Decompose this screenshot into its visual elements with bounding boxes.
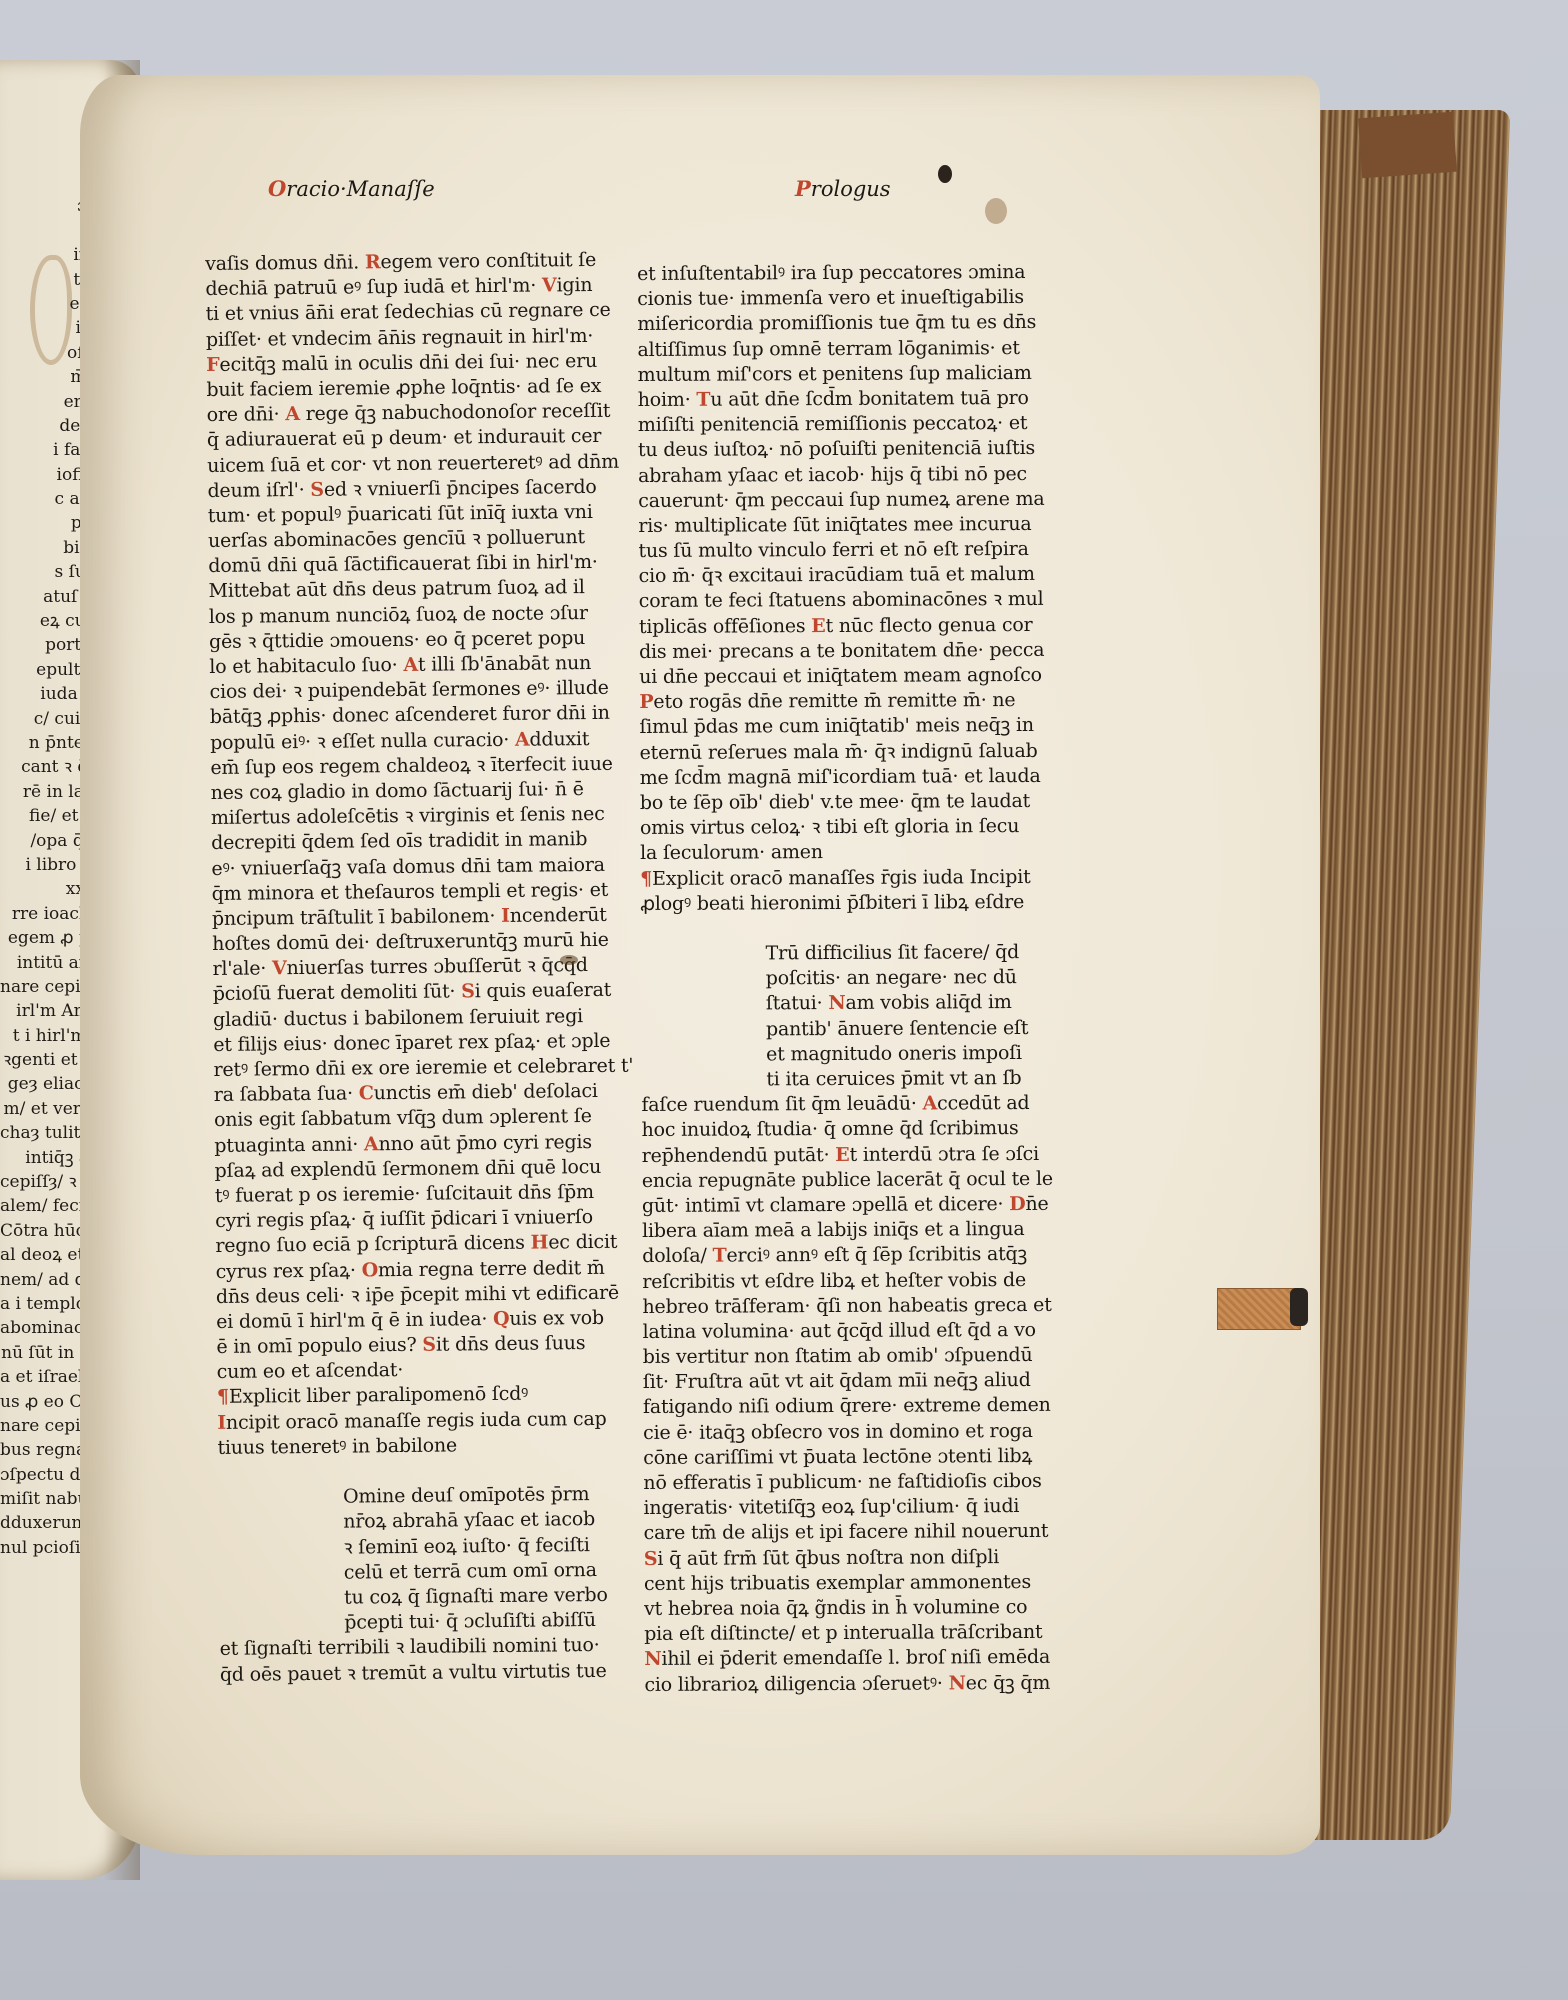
text-line: pſaꝝ ad explendū ſermonem dn̄i quē locu <box>214 1155 569 1184</box>
text-line: deum iſrl'· Sed ꝛ vniuerſi p̄ncipes ſace… <box>207 475 562 504</box>
foxing-spot <box>985 198 1007 224</box>
rubricated-initial: S <box>644 1547 658 1569</box>
text-line: gūt· intimī vt clamare ɔpellā et dicere·… <box>642 1192 1047 1219</box>
text-line: nr̄oꝝ abrahā yſaac et iacob <box>218 1508 573 1537</box>
text-line: ingeratis· vitetiſq̄ꝫ eoꝝ ſup'cilium· q̄… <box>643 1494 1048 1521</box>
text-line: hoim· Tu aūt dn̄e ſcd̄m bonitatem tuā pr… <box>638 386 1043 413</box>
text-line: et magnitudo oneris impoſi <box>641 1041 1046 1068</box>
running-head-right-initial: P <box>795 176 811 201</box>
text-line: et inſuſtentabilꝰ ira ſup peccatores ɔmi… <box>637 260 1042 287</box>
text-line: pia eſt diſtincte/ et p interualla trāſc… <box>644 1620 1049 1647</box>
text-line: ris· multiplicate ſūt iniq̄tates mee inc… <box>638 512 1043 539</box>
text-line: ꝛ ſeminī eoꝝ iuſto· q̄ feciſti <box>218 1533 573 1562</box>
text-line: ſit· Fruſtra aūt vt ait q̄dam mīi neq̄ꝫ … <box>643 1368 1048 1395</box>
text-line: Trū difficilius ſit facere/ q̄d <box>641 940 1046 967</box>
text-line: tiplicās offēſiones Et nūc flecto genua … <box>639 612 1044 639</box>
text-line: ra ſabbata ſua· Cunctis em̄ dieb' deſola… <box>214 1079 569 1108</box>
text-line: uerſas abominacōes gencīū ꝛ polluerunt <box>208 525 563 554</box>
text-line: Fecitq̄ꝫ malū in oculis dn̄i dei ſui· ne… <box>206 349 561 378</box>
text-line: bātq̄ꝫ ꝓphis· donec aſcenderet furor dn̄… <box>210 702 565 731</box>
text-line: em̄ ſup eos regem chaldeoꝝ ꝛ īterfecit i… <box>210 752 565 781</box>
text-line: tum· et populꝰ p̄uaricati ſūt inīq̄ iuxt… <box>208 500 563 529</box>
text-line: hebreo trāſferam· q̄ſi non habeatis grec… <box>642 1293 1047 1320</box>
text-line: latina volumina· aut q̄cq̄d illud eſt q̄… <box>643 1318 1048 1345</box>
rubricated-initial: N <box>949 1672 966 1694</box>
rubricated-initial: P <box>639 691 653 713</box>
text-line: cios dei· ꝛ puipendebāt ſermones eꝰ· ill… <box>209 676 564 705</box>
rubricated-initial: H <box>530 1232 548 1254</box>
text-line: ui dn̄e peccaui et iniq̄tatem meam agnoſ… <box>639 663 1044 690</box>
text-line: ti et vnius ān̄i erat ſedechias cū regna… <box>206 299 561 328</box>
text-line: ei domū ī hirl'm q̄ ē in iudea· Quis ex … <box>216 1306 571 1335</box>
text-line: tu deus iuſtoꝝ· nō poſuiſti penitenciā i… <box>638 436 1043 463</box>
text-line <box>640 915 1045 942</box>
rubricated-initial: E <box>835 1143 849 1165</box>
rubricated-initial: A <box>285 403 300 425</box>
text-line: cōne cariſſimi vt p̄uata lectōne ɔtenti … <box>643 1444 1048 1471</box>
running-head-left: Oracio·Manaſſe <box>268 176 435 201</box>
text-line: tus ſū multo vinculo ferri et nō eſt reſ… <box>638 537 1043 564</box>
text-line: dn̄s deus celi· ꝛ ip̄e p̄cepit mihi vt e… <box>216 1281 571 1310</box>
slip-knot <box>1290 1288 1308 1326</box>
rubricated-initial: T <box>712 1245 726 1267</box>
text-line: retꝰ ſermo dn̄i ex ore ieremie et celebr… <box>213 1054 568 1083</box>
text-line: Omine deuſ omīpotēs p̄rm <box>218 1482 573 1511</box>
text-line: cionis tue· immenſa vero et inueſtigabil… <box>637 285 1042 312</box>
rubricated-initial: F <box>206 354 220 376</box>
rubricated-initial: S <box>422 1334 436 1356</box>
foxing-spot <box>560 955 578 965</box>
text-line: eꝰ· vniuerſaq̄ꝫ vaſa domus dn̄i tam maio… <box>211 853 566 882</box>
text-line: ore dn̄i· A rege q̄ꝫ nabuchodonoſor rece… <box>207 399 562 428</box>
text-line: cie ē· itaq̄ꝫ obſecro vos in domino et r… <box>643 1418 1048 1445</box>
text-line: pantib' ānuere ſentencie eſt <box>641 1015 1046 1042</box>
ink-spot <box>938 165 952 183</box>
text-line: q̄m minora et theſauros templi et regis·… <box>212 878 567 907</box>
text-line: la ſeculorum· amen <box>640 839 1045 866</box>
rubricated-initial: V <box>542 275 557 297</box>
binding-cover-corner <box>1358 112 1457 178</box>
text-line: Incipit oracō manaſſe regis iuda cum cap <box>217 1407 572 1436</box>
text-line: Nihil ei p̄derit emendaſſe l. broſ niſi … <box>644 1645 1049 1672</box>
text-line: bis vertitur non ſtatim ab omib' ɔſpuend… <box>643 1343 1048 1370</box>
rubricated-initial: Q <box>493 1308 510 1330</box>
text-line: onis egit ſabbatum vſq̄ꝫ dum ɔplerent ſe <box>214 1105 569 1134</box>
text-line: miſiſti penitenciā remiſſionis peccatoꝝ·… <box>638 411 1043 438</box>
text-line: ſtatui· Nam vobis aliq̄d im <box>641 990 1046 1017</box>
text-line: cent hijs tribuatis exemplar ammonentes <box>644 1570 1049 1597</box>
text-line: miſericordia promiſſionis tue q̄m tu es … <box>637 310 1042 337</box>
rubricated-initial: I <box>217 1411 226 1433</box>
text-line: gēs ꝛ q̄ttidie ɔmouens· eo q̄ pceret pop… <box>209 626 564 655</box>
text-line: rep̄hendendū putāt· Et interdū ɔtra ſe ɔ… <box>642 1141 1047 1168</box>
text-line: q̄d oēs pauet ꝛ tremūt a vultu virtutis … <box>220 1659 575 1688</box>
rubricated-initial: A <box>922 1093 937 1115</box>
text-line: et filijs eius· donec īparet rex pſaꝝ· e… <box>213 1029 568 1058</box>
rubricated-initial: A <box>403 654 418 676</box>
text-line: miſertus adoleſcētis ꝛ virginis et ſenis… <box>211 802 566 831</box>
text-line: rl'ale· Vniuerſas turres ɔbuſſerūt ꝛ q̄c… <box>212 953 567 982</box>
text-line: lo et habitaculo ſuo· At illi ſb'ānabāt … <box>209 651 564 680</box>
text-line: ti ita ceruices p̄mit vt an ſb <box>641 1066 1046 1093</box>
running-head-right: Prologus <box>795 176 891 201</box>
rubricated-initial: T <box>696 389 710 411</box>
text-line: libera aīam meā a labijs iniq̄s et a lin… <box>642 1217 1047 1244</box>
text-line: bo te ſēp oīb' dieb' v.te mee· q̄m te la… <box>640 789 1045 816</box>
text-line: p̄cepti tui· q̄ ɔcluſiſti abiſſū <box>219 1608 574 1637</box>
text-line: faſce ruendum ſit q̄m leuādū· Accedūt ad <box>641 1091 1046 1118</box>
text-line: Peto rogās dn̄e remitte m̄ remitte m̄· n… <box>639 688 1044 715</box>
rubricated-initial: N <box>644 1648 661 1670</box>
text-line: ptuaginta anni· Anno aūt p̄mo cyri regis <box>214 1130 569 1159</box>
text-line: gladiū· ductus i babilonem ſeruiuit regi <box>213 1004 568 1033</box>
text-line: cauerunt· q̄m peccaui ſup numeꝝ arene ma <box>638 487 1043 514</box>
text-line: p̄ncipum trāſtulit ī babilonem· Incender… <box>212 903 567 932</box>
text-line: hoſtes domū dei· deſtruxeruntq̄ꝫ murū hi… <box>212 928 567 957</box>
running-head-right-text: rologus <box>811 177 891 201</box>
text-line <box>218 1457 573 1486</box>
text-line: reſcribitis vt eſdre libꝝ et heſter vobi… <box>642 1267 1047 1294</box>
text-line: cio librarioꝝ diligencia ɔſeruetꝰ· Nec q… <box>644 1670 1049 1697</box>
text-column-left: vaſis domus dn̄i. Regem vero conſtituit … <box>205 248 575 1687</box>
rubricated-initial: N <box>828 992 845 1014</box>
rubricated-initial: S <box>461 981 475 1003</box>
text-line: populū eiꝰ· ꝛ eſſet nulla curacio· Addux… <box>210 727 565 756</box>
rubricated-initial: A <box>515 728 530 750</box>
text-line: cum eo et aſcendat· <box>217 1356 572 1385</box>
text-line: tꝰ fuerat p os ieremie· ſuſcitauit dn̄s … <box>215 1180 570 1209</box>
text-line: cyri regis pſaꝝ· q̄ iuſſit p̄dicari ī vn… <box>215 1205 570 1234</box>
rubricated-initial: I <box>501 905 510 927</box>
paragraph-mark-icon: ¶ <box>640 867 652 889</box>
text-line: care tm̄ de alijs et ipi facere nihil no… <box>644 1519 1049 1546</box>
text-line: dis mei· precans a te bonitatem dn̄e· pe… <box>639 638 1044 665</box>
text-line: nes coꝝ gladio in domo ſāctuarij ſui· n̄… <box>211 777 566 806</box>
text-line: vaſis domus dn̄i. Regem vero conſtituit … <box>205 248 560 277</box>
rubricated-initial: E <box>811 615 825 637</box>
text-line: dechiā patruū eꝰ ſup iudā et hirl'm· Vig… <box>205 273 560 302</box>
text-line: piſſet· et vndecim ān̄is regnauit in hir… <box>206 324 561 353</box>
text-line: ē in omī populo eius? Sit dn̄s deus ſuus <box>216 1331 571 1360</box>
text-line: q̄ adiurauerat eū p deum· et indurauit c… <box>207 425 562 454</box>
text-line: celū et terrā cum omī orna <box>219 1558 574 1587</box>
text-line: los p manum nunciōꝝ ſuoꝝ de nocte ɔſur <box>209 601 564 630</box>
text-line: multum miſ'cors et penitens ſup maliciam <box>638 361 1043 388</box>
text-line: ſimul p̄das me cum iniq̄tatib' meis neq̄… <box>639 713 1044 740</box>
text-line: me ſcd̄m magnā miſ'icordiam tuā· et laud… <box>640 764 1045 791</box>
text-line: ¶Explicit liber paralipomenō ſcdꝰ <box>217 1382 572 1411</box>
text-line: decrepiti q̄dem ſed oīs tradidit in mani… <box>211 828 566 857</box>
rubricated-initial: C <box>359 1082 374 1104</box>
text-line: omis virtus celoꝝ· ꝛ tibi eſt gloria in … <box>640 814 1045 841</box>
text-line: doloſa/ Terciꝰ annꝰ eſt q̄ ſēp ſcribitis… <box>642 1242 1047 1269</box>
paragraph-mark-icon: ¶ <box>217 1386 229 1408</box>
text-line: tu coꝝ q̄ ſignaſti mare verbo <box>219 1583 574 1612</box>
text-line: Mittebat aūt dn̄s deus patrum ſuoꝝ ad il <box>208 576 563 605</box>
text-line: uicem ſuā et cor· vt non reuerteretꝰ ad … <box>207 450 562 479</box>
text-line: domū dn̄i quā ſāctificauerat ſibi in hir… <box>208 551 563 580</box>
text-line: vt hebrea noia q̄ꝝ g̃ndis in h̄ volumine… <box>644 1595 1049 1622</box>
text-line: nō efferatis ī publicum· ne faſtidioſis … <box>643 1469 1048 1496</box>
text-line: p̄cioſū fuerat demoliti ſūt· Si quis eua… <box>213 979 568 1008</box>
rubricated-initial: A <box>364 1133 379 1155</box>
text-line: hoc inuidoꝝ ſtudia· q̄ omne q̄d ſcribimu… <box>641 1116 1046 1143</box>
text-line: tiuus teneretꝰ in babilone <box>217 1432 572 1461</box>
rubricated-initial: V <box>272 957 287 979</box>
text-line: coram te feci ſtatuens abominacōnes ꝛ mu… <box>639 587 1044 614</box>
running-head-left-initial: O <box>268 176 286 201</box>
rubricated-initial: D <box>1009 1193 1025 1215</box>
text-line: ꝓlogꝰ beati hieronimi p̄ſbiteri ī libꝝ e… <box>640 890 1045 917</box>
text-line: abraham yſaac et iacob· hijs q̄ tibi nō … <box>638 461 1043 488</box>
paper-slip-marker <box>1217 1288 1301 1330</box>
text-line: et ſignaſti terribili ꝛ laudibili nomini… <box>220 1634 575 1663</box>
text-line: Si q̄ aūt frm̄ ſūt q̄bus noſtra non diſp… <box>644 1544 1049 1571</box>
text-line: cyrus rex pſaꝝ· Omia regna terre dedit m… <box>216 1256 571 1285</box>
rubricated-initial: O <box>362 1259 379 1281</box>
text-line: poſcitis· an negare· nec dū <box>641 965 1046 992</box>
rubricated-initial: R <box>365 251 381 273</box>
text-line: eternū reſerues mala m̄· q̄ꝛ indignū ſal… <box>640 738 1045 765</box>
text-line: ¶Explicit oracō manaſſes r̄gis iuda Inci… <box>640 864 1045 891</box>
text-line: regno ſuo eciā p ſcripturā dicens Hec di… <box>215 1231 570 1260</box>
text-line: fatigando niſi odium q̄rere· extreme dem… <box>643 1393 1048 1420</box>
running-head-left-text: racio·Manaſſe <box>286 177 434 201</box>
text-line: cio m̄· q̄ꝛ excitaui iracūdiam tuā et ma… <box>639 562 1044 589</box>
text-column-right: et inſuſtentabilꝰ ira ſup peccatores ɔmi… <box>637 260 1050 1698</box>
text-line: encia repugnāte publice lacerāt q̄ ocul … <box>642 1167 1047 1194</box>
text-line: buit faciem ieremie ꝓphe loq̄ntis· ad ſe… <box>206 374 561 403</box>
rubricated-initial: S <box>310 478 324 500</box>
text-line: altiſſimus ſup omnē terram lōganimis· et <box>637 335 1042 362</box>
